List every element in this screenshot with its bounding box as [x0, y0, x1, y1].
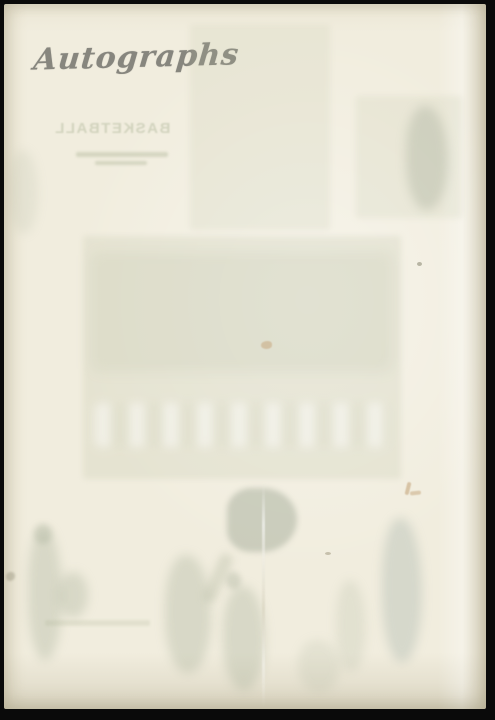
bleedthrough-figure-left-edge: [10, 150, 38, 234]
bleedthrough-player-center-head: [226, 572, 241, 589]
bleedthrough-caption-line-1: [76, 152, 168, 157]
bleedthrough-dark-shape: [227, 488, 297, 552]
stain-squiggle: [404, 482, 411, 496]
bleedthrough-photo-center: [83, 236, 401, 479]
bleedthrough-caption-bottom: [45, 620, 150, 626]
bleedthrough-player-right: [382, 518, 422, 662]
paper-crease: [262, 484, 265, 709]
bleedthrough-player-center-left: [165, 555, 211, 673]
scanned-yearbook-page: Autographs BASKETBALL: [0, 0, 495, 720]
bleedthrough-player-center-right: [336, 580, 366, 672]
bleedthrough-caption-line-2: [95, 161, 147, 165]
bleedthrough-player-center-body: [223, 586, 265, 690]
bleedthrough-figure-right-photo: [406, 106, 448, 210]
paper-sheet: Autographs BASKETBALL: [4, 4, 486, 709]
bleedthrough-team-row: [95, 403, 389, 447]
bleedthrough-photo-right: [356, 96, 462, 218]
page-title: Autographs: [32, 37, 241, 77]
stain-squiggle-tail: [410, 490, 421, 495]
bleedthrough-player-center-arm: [201, 551, 235, 604]
speck-right: [417, 262, 422, 266]
stain-center: [261, 341, 272, 349]
speck-bottom: [325, 552, 331, 555]
mark-left-edge: [6, 572, 15, 581]
bleedthrough-player-legs: [298, 640, 340, 692]
bleedthrough-ball-left: [58, 572, 88, 618]
bleedthrough-headline-basketball: BASKETBALL: [42, 120, 182, 140]
bleedthrough-player-left-head: [34, 524, 52, 544]
bleedthrough-crowd-band: [91, 252, 393, 372]
bleedthrough-player-left: [28, 528, 62, 660]
